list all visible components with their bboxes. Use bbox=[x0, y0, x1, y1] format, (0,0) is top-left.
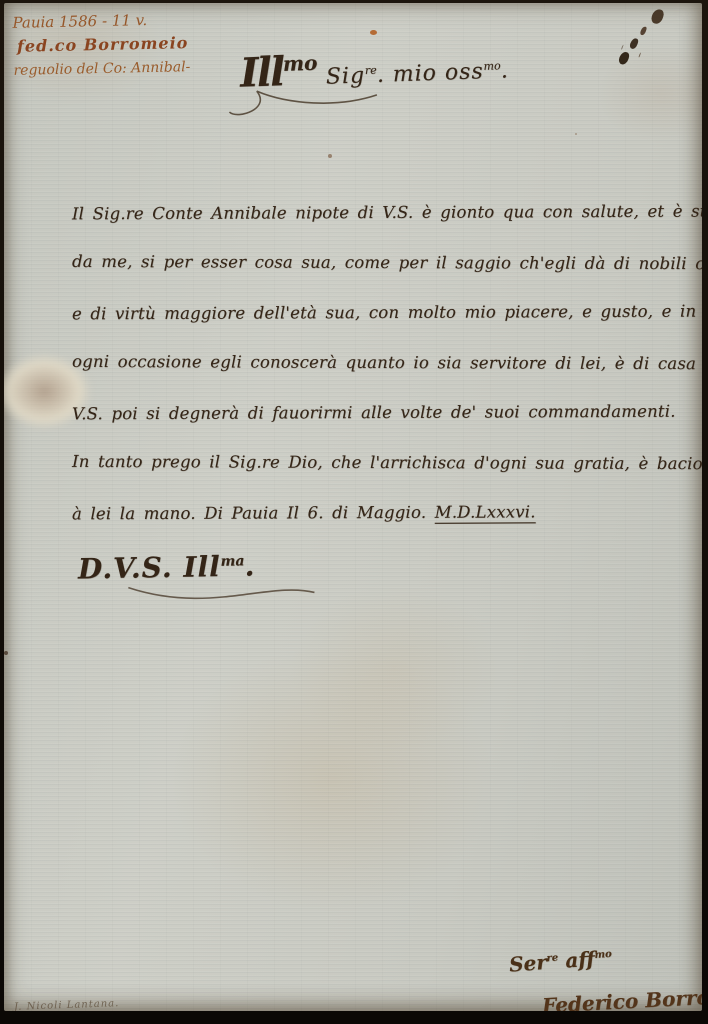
body-line-text: à lei la mano. Di Pauia Il 6. di Maggio. bbox=[72, 503, 435, 524]
letter-body: Il Sig.re Conte Annibale nipote di V.S. … bbox=[72, 203, 684, 553]
body-line: In tanto prego il Sig.re Dio, che l'arri… bbox=[72, 452, 684, 504]
signature-name: Federico Borromeo bbox=[541, 984, 702, 1011]
body-line-text: V.S. poi si degnerà di fauorirmi alle vo… bbox=[72, 402, 676, 424]
body-line-dateline: à lei la mano. Di Pauia Il 6. di Maggio.… bbox=[72, 502, 684, 555]
signature-valediction: Serre affmo bbox=[508, 945, 613, 976]
body-line: da me, si per esser cosa sua, come per i… bbox=[72, 252, 684, 304]
date-roman-numerals: M.D.Lxxxvi. bbox=[435, 502, 536, 521]
closing-formula: D.V.S. Illma. bbox=[78, 549, 256, 585]
body-line: Il Sig.re Conte Annibale nipote di V.S. … bbox=[72, 202, 684, 255]
annotation-author: fed.co Borromeio bbox=[17, 31, 190, 59]
body-line: V.S. poi si degnerà di fauorirmi alle vo… bbox=[72, 402, 684, 455]
letter-page: Pauia 1586 - 11 v. fed.co Borromeio regu… bbox=[4, 3, 702, 1011]
body-line-text: ogni occasione egli conoscerà quanto io … bbox=[72, 352, 702, 373]
body-line-text: e di virtù maggiore dell'età sua, con mo… bbox=[72, 302, 696, 324]
foxing-speck bbox=[328, 154, 332, 158]
body-line-text: Il Sig.re Conte Annibale nipote di V.S. … bbox=[72, 201, 702, 223]
salutation-rest: Sigre. mio ossmo. bbox=[317, 58, 509, 90]
body-line: e di virtù maggiore dell'età sua, con mo… bbox=[72, 302, 684, 355]
manuscript-frame: Pauia 1586 - 11 v. fed.co Borromeio regu… bbox=[0, 0, 708, 1024]
body-line: ogni occasione egli conoscerà quanto io … bbox=[72, 352, 684, 404]
archivist-note: J. Nicoli Lantana. bbox=[14, 998, 120, 1011]
salutation-abbrev-illmo: Illmo bbox=[239, 47, 318, 97]
wax-speck bbox=[370, 30, 377, 35]
salutation: Illmo Sigre. mio ossmo. bbox=[239, 40, 509, 96]
body-line-text: da me, si per esser cosa sua, come per i… bbox=[72, 252, 702, 273]
annotation-subject: reguolio del Co: Annibal- bbox=[13, 55, 190, 83]
archival-annotation: Pauia 1586 - 11 v. fed.co Borromeio regu… bbox=[12, 7, 190, 83]
ink-blot-stain bbox=[650, 8, 665, 26]
body-line-text: In tanto prego il Sig.re Dio, che l'arri… bbox=[72, 452, 702, 473]
